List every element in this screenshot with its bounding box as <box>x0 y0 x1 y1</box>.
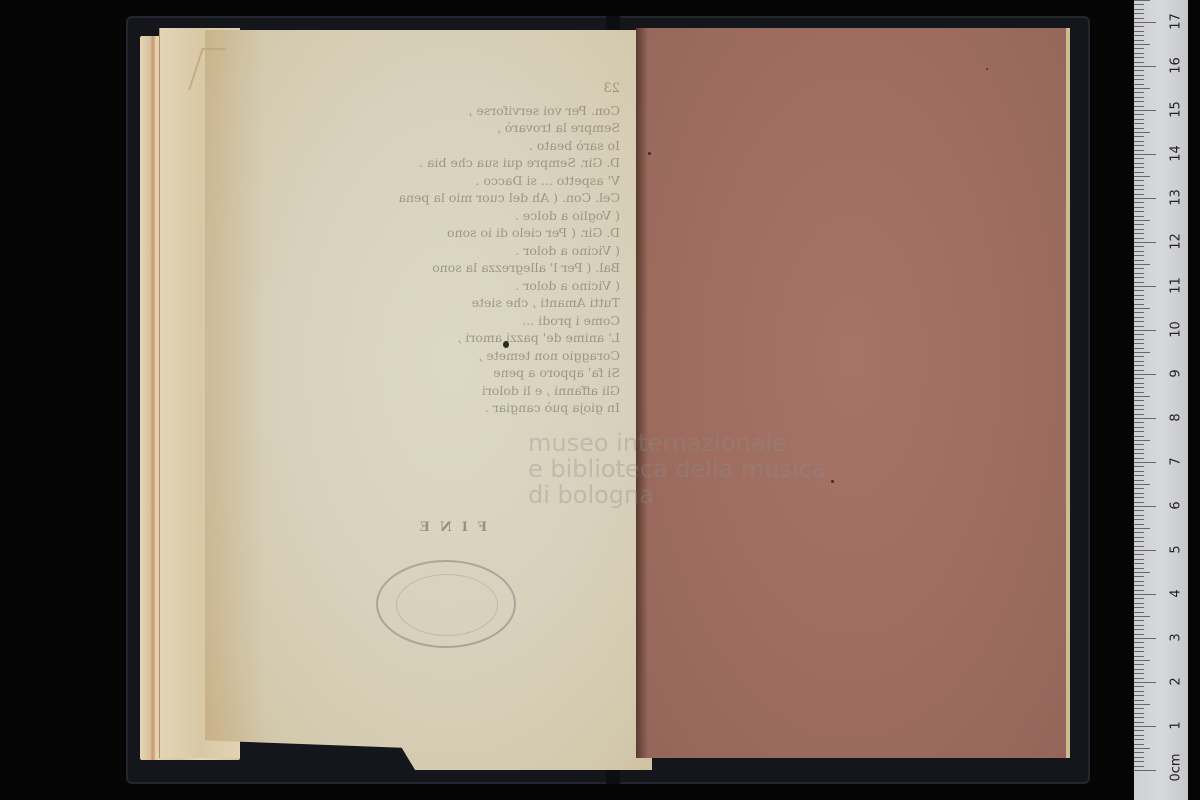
ruler-tick <box>1134 343 1144 344</box>
ruler-tick <box>1134 642 1144 643</box>
ruler-tick <box>1134 453 1144 454</box>
ruler-tick <box>1134 563 1144 564</box>
ruler-tick <box>1134 35 1144 36</box>
ruler-tick <box>1134 365 1144 366</box>
ruler-tick <box>1134 700 1144 701</box>
ruler-tick <box>1134 431 1144 432</box>
ruler-tick <box>1134 634 1144 635</box>
ruler-tick <box>1134 458 1144 459</box>
library-stamp-inner <box>396 574 498 636</box>
ruler-tick <box>1134 480 1144 481</box>
ruler-label: 15 <box>1169 98 1184 122</box>
ruler-tick <box>1134 735 1144 736</box>
ruler-tick <box>1134 110 1156 111</box>
ruler-tick <box>1134 466 1144 467</box>
ruler-label: 5 <box>1169 538 1184 562</box>
ruler-tick <box>1134 211 1144 212</box>
text-line: Con. Per voi serviforse , <box>360 102 620 120</box>
ruler-tick <box>1134 123 1144 124</box>
ruler-tick <box>1134 387 1144 388</box>
page-number: 23 <box>360 80 620 98</box>
ruler-tick <box>1134 198 1156 199</box>
ruler-tick <box>1134 444 1144 445</box>
ruler-tick <box>1134 246 1144 247</box>
ruler-tick <box>1134 88 1150 89</box>
ruler-tick <box>1134 449 1144 450</box>
ruler-tick <box>1134 660 1150 661</box>
ruler-label: 2 <box>1169 670 1184 694</box>
ruler-tick <box>1134 374 1156 375</box>
ruler-tick <box>1134 233 1144 234</box>
ruler-tick <box>1134 752 1144 753</box>
ruler-tick <box>1134 766 1144 767</box>
ruler-tick <box>1134 202 1144 203</box>
ruler-tick <box>1134 158 1144 159</box>
ruler-tick <box>1134 180 1144 181</box>
ruler-tick <box>1134 40 1144 41</box>
ruler-tick <box>1134 405 1144 406</box>
ruler-label: 12 <box>1169 230 1184 254</box>
ruler-tick <box>1134 541 1144 542</box>
ruler-tick <box>1134 141 1144 142</box>
text-line: ( Vicino a dolor . <box>360 277 620 295</box>
ruler-tick <box>1134 273 1144 274</box>
ruler-tick <box>1134 537 1144 538</box>
ruler-tick <box>1134 673 1144 674</box>
ruler-tick <box>1134 603 1144 604</box>
ruler-tick <box>1134 48 1144 49</box>
ruler-tick <box>1134 682 1156 683</box>
ruler-tick <box>1134 31 1144 32</box>
ruler-tick <box>1134 334 1144 335</box>
ruler-tick <box>1134 590 1144 591</box>
ruler-tick <box>1134 286 1156 287</box>
ruler-tick <box>1134 145 1144 146</box>
ruler-tick <box>1134 722 1144 723</box>
ruler-tick <box>1134 242 1156 243</box>
ruler-tick <box>1134 462 1156 463</box>
text-line: D. Gir. ( Per cielo di io sono <box>360 224 620 242</box>
ruler-tick <box>1134 607 1144 608</box>
ruler-tick <box>1134 436 1144 437</box>
ruler-tick <box>1134 757 1144 758</box>
ruler-tick <box>1134 290 1144 291</box>
ruler-tick <box>1134 304 1144 305</box>
ruler-tick <box>1134 260 1144 261</box>
ruler-tick <box>1134 708 1144 709</box>
ruler-tick <box>1134 484 1150 485</box>
ruler-tick <box>1134 277 1144 278</box>
text-line: Io sarò beato . <box>360 137 620 155</box>
ruler-tick <box>1134 554 1144 555</box>
ruler-tick <box>1134 669 1144 670</box>
ruler-tick <box>1134 559 1144 560</box>
ruler-tick <box>1134 84 1144 85</box>
text-line: Cel. Con. ( Ah del cuor mio la pena <box>360 189 620 207</box>
ruler-label: 17 <box>1169 10 1184 34</box>
ruler-tick <box>1134 44 1150 45</box>
ruler-tick <box>1134 79 1144 80</box>
ruler-tick <box>1134 656 1144 657</box>
ruler-tick <box>1134 312 1144 313</box>
ruler-tick <box>1134 717 1144 718</box>
ruler-tick <box>1134 647 1144 648</box>
ruler-tick <box>1134 409 1144 410</box>
ruler-tick <box>1134 370 1144 371</box>
ruler-tick <box>1134 383 1144 384</box>
ruler-tick <box>1134 506 1156 507</box>
ruler-tick <box>1134 678 1144 679</box>
ruler-tick <box>1134 114 1144 115</box>
ruler-tick <box>1134 378 1144 379</box>
ruler-tick <box>1134 532 1144 533</box>
ruler-tick <box>1134 550 1156 551</box>
text-line: ( Vicino a dolor . <box>360 242 620 260</box>
ruler-tick <box>1134 106 1144 107</box>
ruler-tick <box>1134 18 1144 19</box>
text-line: Tutti Amanti , che siete <box>360 294 620 312</box>
ruler-tick <box>1134 612 1144 613</box>
ruler-label: 4 <box>1169 582 1184 606</box>
ruler-tick <box>1134 207 1144 208</box>
ruler-tick <box>1134 519 1144 520</box>
ruler-tick <box>1134 400 1144 401</box>
ruler-tick <box>1134 510 1144 511</box>
ruler-tick <box>1134 572 1150 573</box>
ruler-tick <box>1134 352 1150 353</box>
ruler-tick <box>1134 392 1144 393</box>
ruler-label: 9 <box>1169 362 1184 386</box>
text-line: Sempre la trovarò , <box>360 119 620 137</box>
text-line: ( Voglio a dolce . <box>360 207 620 225</box>
text-line: In gioja può cangiar . <box>360 399 620 417</box>
ruler-tick <box>1134 339 1144 340</box>
ruler-tick <box>1134 238 1144 239</box>
watermark-line: di bologna <box>528 482 827 508</box>
ruler-tick <box>1134 691 1144 692</box>
ruler-tick <box>1134 97 1144 98</box>
ruler-tick <box>1134 4 1144 5</box>
ruler-tick <box>1134 748 1150 749</box>
ruler-tick <box>1134 0 1150 1</box>
ruler-tick <box>1134 224 1144 225</box>
watermark-line: e biblioteca della musica <box>528 456 827 482</box>
ruler-tick <box>1134 396 1150 397</box>
ruler-tick <box>1134 150 1144 151</box>
ruler-tick <box>1134 594 1156 595</box>
text-line: Coraggio non temete , <box>360 347 620 365</box>
paper-speck <box>986 68 988 70</box>
ruler-tick <box>1134 75 1144 76</box>
end-mark: FINE <box>410 520 487 535</box>
museum-watermark: museo internazionale e biblioteca della … <box>528 430 827 508</box>
ruler-tick <box>1134 730 1144 731</box>
text-line: Come i prodi ... <box>360 312 620 330</box>
ruler-tick <box>1134 154 1156 155</box>
paper-speck <box>648 152 651 155</box>
ruler-tick <box>1134 616 1150 617</box>
ruler-tick <box>1134 172 1144 173</box>
ruler-label: 8 <box>1169 406 1184 430</box>
ink-spot <box>503 341 509 348</box>
ruler-tick <box>1134 264 1150 265</box>
paper-speck <box>831 480 834 483</box>
ruler-label: 10 <box>1169 318 1184 342</box>
ruler-tick <box>1134 704 1150 705</box>
ruler-tick <box>1134 361 1144 362</box>
ruler-tick <box>1134 524 1144 525</box>
ruler-tick <box>1134 57 1144 58</box>
ruler-tick <box>1134 194 1144 195</box>
ruler-tick <box>1134 761 1144 762</box>
ruler-tick <box>1134 268 1144 269</box>
ruler-tick <box>1134 348 1144 349</box>
text-line: D. Gir. Sempre qui sua che bia . <box>360 154 620 172</box>
ruler-tick <box>1134 576 1144 577</box>
ruler-tick <box>1134 132 1150 133</box>
ruler-tick <box>1134 185 1144 186</box>
ruler-tick <box>1134 418 1156 419</box>
ruler-tick <box>1134 167 1144 168</box>
ruler-tick <box>1134 299 1144 300</box>
ruler-tick <box>1134 9 1144 10</box>
ruler-label: 0cm <box>1169 758 1184 782</box>
ruler-tick <box>1134 471 1144 472</box>
ruler-tick <box>1134 713 1144 714</box>
ruler-tick <box>1134 13 1144 14</box>
ruler-tick <box>1134 585 1144 586</box>
ruler-tick <box>1134 26 1144 27</box>
ruler-tick <box>1134 440 1150 441</box>
ruler-tick <box>1134 581 1144 582</box>
ruler-tick <box>1134 128 1144 129</box>
watermark-line: museo internazionale <box>528 430 827 456</box>
ruler-tick <box>1134 493 1144 494</box>
ruler-tick <box>1134 739 1144 740</box>
ruler-tick <box>1134 770 1156 771</box>
cm-ruler: 0cm1234567891011121314151617 <box>1134 0 1188 800</box>
ruler-tick <box>1134 92 1144 93</box>
ruler-tick <box>1134 528 1150 529</box>
text-line: V' aspetto ... si Dacco . <box>360 172 620 190</box>
ruler-tick <box>1134 251 1144 252</box>
ruler-tick <box>1134 282 1144 283</box>
ruler-tick <box>1134 620 1144 621</box>
ruler-tick <box>1134 255 1144 256</box>
ruler-tick <box>1134 62 1144 63</box>
ruler-tick <box>1134 629 1144 630</box>
ruler-tick <box>1134 568 1144 569</box>
pink-paper-cover <box>636 28 1070 758</box>
ruler-tick <box>1134 308 1150 309</box>
ruler-tick <box>1134 229 1144 230</box>
ruler-tick <box>1134 502 1144 503</box>
ruler-tick <box>1134 53 1144 54</box>
ruler-tick <box>1134 695 1144 696</box>
ruler-tick <box>1134 295 1144 296</box>
ruler-tick <box>1134 422 1144 423</box>
ruler-tick <box>1134 726 1156 727</box>
ruler-tick <box>1134 744 1144 745</box>
mirrored-bleed-through-text: 23 Con. Per voi serviforse , Sempre la t… <box>360 80 620 417</box>
ruler-label: 13 <box>1169 186 1184 210</box>
ruler-tick <box>1134 686 1144 687</box>
ruler-tick <box>1134 515 1144 516</box>
ruler-tick <box>1134 546 1144 547</box>
ruler-tick <box>1134 330 1156 331</box>
ruler-tick <box>1134 176 1150 177</box>
ruler-tick <box>1134 475 1144 476</box>
ruler-label: 14 <box>1169 142 1184 166</box>
ruler-tick <box>1134 488 1144 489</box>
ruler-tick <box>1134 625 1144 626</box>
ruler-label: 11 <box>1169 274 1184 298</box>
text-line: Si fa' apporo a pene <box>360 364 620 382</box>
text-line: Bal. ( Per l' allegrezza la sono <box>360 259 620 277</box>
ruler-tick <box>1134 497 1144 498</box>
ruler-tick <box>1134 101 1144 102</box>
ruler-tick <box>1134 163 1144 164</box>
ruler-tick <box>1134 356 1144 357</box>
text-line: L' anime de' pazzi amori , <box>360 329 620 347</box>
ruler-label: 7 <box>1169 450 1184 474</box>
ruler-tick <box>1134 119 1144 120</box>
ruler-tick <box>1134 189 1144 190</box>
ruler-tick <box>1134 427 1144 428</box>
ruler-tick <box>1134 70 1144 71</box>
ruler-tick <box>1134 321 1144 322</box>
ruler-tick <box>1134 66 1156 67</box>
ruler-label: 3 <box>1169 626 1184 650</box>
ruler-tick <box>1134 414 1144 415</box>
ruler-label: 16 <box>1169 54 1184 78</box>
ruler-tick <box>1134 326 1144 327</box>
ruler-tick <box>1134 136 1144 137</box>
ruler-tick <box>1134 22 1156 23</box>
ruler-label: 1 <box>1169 714 1184 738</box>
text-line: Gli affanni , e li dolori <box>360 382 620 400</box>
ruler-tick <box>1134 216 1144 217</box>
ruler-tick <box>1134 220 1150 221</box>
ruler-label: 6 <box>1169 494 1184 518</box>
ruler-tick <box>1134 638 1156 639</box>
ruler-tick <box>1134 664 1144 665</box>
ruler-tick <box>1134 598 1144 599</box>
ruler-tick <box>1134 317 1144 318</box>
ruler-tick <box>1134 651 1144 652</box>
